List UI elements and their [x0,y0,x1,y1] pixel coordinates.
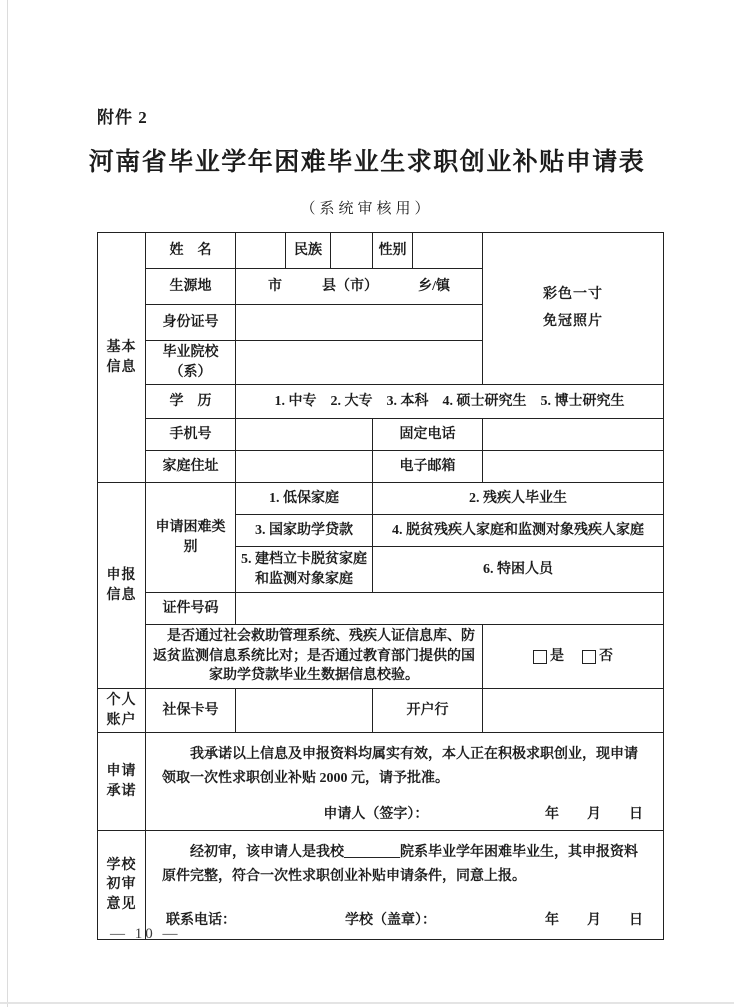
id-number-value-cell [236,305,483,341]
section-basic-info: 基本信息 [98,233,146,483]
category-option-5: 5. 建档立卡脱贫家庭和监测对象家庭 [236,547,373,593]
ethnicity-label: 民族 [286,233,331,269]
cert-number-label: 证件号码 [146,593,236,625]
promise-text: 我承诺以上信息及申报资料均属实有效，本人正在积极求职创业，现申请领取一次性求职创… [162,743,647,791]
scan-page-bottom-edge [0,1002,734,1004]
origin-county: 县（市） [322,277,378,297]
origin-township: 乡/镇 [418,277,450,297]
page-number: — 10 — [110,926,181,943]
row-address: 家庭住址 电子邮箱 [98,451,664,483]
section-personal-account: 个人账户 [98,688,146,732]
category-label: 申请困难类别 [146,483,236,593]
landline-value-cell [483,419,664,451]
email-label: 电子邮箱 [373,451,483,483]
social-card-label: 社保卡号 [146,688,236,732]
address-value-cell [236,451,373,483]
category-option-4: 4. 脱贫残疾人家庭和监测对象残疾人家庭 [373,515,664,547]
mobile-label: 手机号 [146,419,236,451]
landline-label: 固定电话 [373,419,483,451]
verify-result-cell: 是 否 [483,625,664,689]
school-review-cell: 经初审，该申请人是我校________院系毕业学年困难毕业生，其申报资料原件完整… [146,831,664,939]
photo-box: 彩色一寸 免冠照片 [483,233,664,385]
row-verify: 是否通过社会救助管理系统、残疾人证信息库、防返贫监测信息系统比对；是否通过教育部… [98,625,664,689]
applicant-sign-label: 申请人（签字）： [323,805,428,825]
attachment-label: 附件 2 [97,103,148,128]
email-value-cell [483,451,664,483]
promise-date-label: 年 月 日 [545,805,643,825]
bank-value-cell [483,688,664,732]
school-seal-label: 学校（盖章）： [345,911,436,931]
verify-question-text: 是否通过社会救助管理系统、残疾人证信息库、防返贫监测信息系统比对；是否通过教育部… [146,625,483,689]
row-cert-number: 证件号码 [98,593,664,625]
section-declare-info: 申报信息 [98,483,146,689]
education-options: 1. 中专 2. 大专 3. 本科 4. 硕士研究生 5. 博士研究生 [236,385,664,419]
category-option-1: 1. 低保家庭 [236,483,373,515]
school-label: 毕业院校（系） [146,341,236,385]
row-promise: 申请承诺 我承诺以上信息及申报资料均属实有效，本人正在积极求职创业，现申请领取一… [98,733,664,831]
category-option-6: 6. 特困人员 [373,547,664,593]
address-label: 家庭住址 [146,451,236,483]
id-number-label: 身份证号 [146,305,236,341]
cert-number-value-cell [236,593,664,625]
promise-cell: 我承诺以上信息及申报资料均属实有效，本人正在积极求职创业，现申请领取一次性求职创… [146,733,664,831]
origin-city: 市 [268,277,282,297]
social-card-value-cell [236,688,373,732]
photo-note-line1: 彩色一寸 [487,282,659,309]
application-form-table: 基本信息 姓 名 民族 性别 彩色一寸 免冠照片 生源地 市 县（市） 乡/镇 [97,232,664,940]
checkbox-square-icon [582,650,596,664]
name-label: 姓 名 [146,233,236,269]
category-option-2: 2. 残疾人毕业生 [373,483,664,515]
checkbox-no: 否 [582,647,613,667]
row-account: 个人账户 社保卡号 开户行 [98,688,664,732]
section-school-review: 学校初审意见 [98,831,146,939]
name-value-cell [236,233,286,269]
row-school-review: 学校初审意见 经初审，该申请人是我校________院系毕业学年困难毕业生，其申… [98,831,664,939]
origin-label: 生源地 [146,269,236,305]
origin-value-cell: 市 县（市） 乡/镇 [236,269,483,305]
mobile-value-cell [236,419,373,451]
category-option-3: 3. 国家助学贷款 [236,515,373,547]
review-text: 经初审，该申请人是我校________院系毕业学年困难毕业生，其申报资料原件完整… [162,841,647,889]
ethnicity-value-cell [331,233,373,269]
school-value-cell [236,341,483,385]
checkbox-no-label: 否 [599,647,613,667]
bank-label: 开户行 [373,688,483,732]
review-date-label: 年 月 日 [545,911,643,931]
page-title: 河南省毕业学年困难毕业生求职创业补贴申请表 [0,142,734,178]
checkbox-yes: 是 [533,647,564,667]
page-subtitle: （系统审核用） [0,197,734,218]
section-promise: 申请承诺 [98,733,146,831]
row-mobile: 手机号 固定电话 [98,419,664,451]
checkbox-yes-label: 是 [550,647,564,667]
photo-note-line2: 免冠照片 [487,309,659,336]
gender-label: 性别 [373,233,413,269]
gender-value-cell [413,233,483,269]
education-label: 学 历 [146,385,236,419]
row-category-1: 申报信息 申请困难类别 1. 低保家庭 2. 残疾人毕业生 [98,483,664,515]
row-name: 基本信息 姓 名 民族 性别 彩色一寸 免冠照片 [98,233,664,269]
checkbox-square-icon [533,650,547,664]
row-education: 学 历 1. 中专 2. 大专 3. 本科 4. 硕士研究生 5. 博士研究生 [98,385,664,419]
